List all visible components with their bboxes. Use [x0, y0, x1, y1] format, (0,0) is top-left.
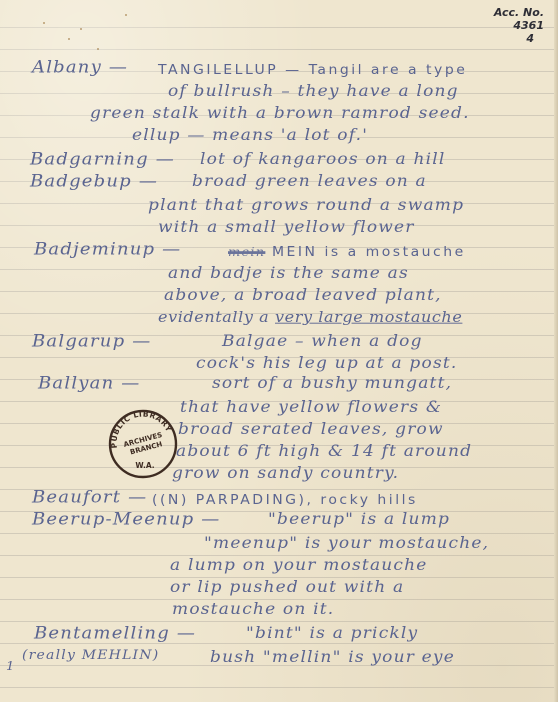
entry-line: grow on sandy country.	[172, 464, 399, 482]
entry-line: mostauche on it.	[172, 600, 334, 618]
entry-line: evidentally a very large mostauche	[158, 308, 462, 325]
accession-sub: 4	[490, 32, 544, 45]
paper-edge	[554, 0, 558, 702]
entry-line: or lip pushed out with a	[170, 578, 404, 596]
entry-term-ballyan: Ballyan —	[38, 374, 141, 393]
entry-line: and badje is the same as	[168, 264, 409, 282]
entry-term-badgebup: Badgebup —	[30, 172, 158, 191]
entry-term-balgarup: Balgarup —	[32, 332, 151, 351]
entry-line-text: evidentally a	[158, 308, 275, 325]
entry-line: plant that grows round a swamp	[148, 196, 464, 214]
entry-line: broad green leaves on a	[192, 172, 427, 190]
entry-line: lot of kangaroos on a hill	[200, 150, 446, 168]
entry-sub-term: (really MEHLIN)	[22, 648, 159, 663]
entry-line: bush "mellin" is your eye	[210, 648, 455, 666]
underlined-text: very large mostauche	[275, 308, 462, 325]
entry-line: of bullrush – they have a long	[168, 82, 459, 100]
paper-speck	[97, 48, 99, 50]
entry-line: "beerup" is a lump	[268, 510, 450, 528]
entry-line: sort of a bushy mungatt,	[212, 374, 452, 392]
entry-term-bentamelling: Bentamelling —	[34, 624, 196, 643]
paper-speck	[68, 38, 70, 40]
entry-line: green stalk with a brown ramrod seed.	[90, 104, 470, 122]
entry-line: broad serated leaves, grow	[178, 420, 444, 438]
entry-line-text: TANGILELLUP — Tangil are a type	[158, 63, 467, 78]
struck-word: mein	[228, 246, 265, 260]
entry-line-text: MEIN is a mostauche	[272, 245, 466, 260]
entry-line: about 6 ft high & 14 ft around	[176, 442, 472, 460]
accession-label: Acc. No.	[490, 6, 544, 19]
entry-line: a lump on your mostauche	[170, 556, 428, 574]
handwritten-page: Acc. No. 4361 4 Albany — TANGILELLUP — T…	[0, 0, 558, 702]
entry-line: above, a broad leaved plant,	[164, 286, 442, 304]
entry-term-badjeminup: Badjeminup —	[34, 240, 181, 259]
entry-line-text: ((N) PARPADING), rocky hills	[152, 493, 418, 508]
paper-speck	[43, 22, 45, 24]
entry-line: "meenup" is your mostauche,	[204, 534, 489, 552]
entry-term-albany: Albany —	[32, 58, 128, 77]
entry-line: that have yellow flowers &	[180, 398, 442, 416]
entry-line: mein MEIN is a mostauche	[228, 242, 466, 260]
library-stamp: PUBLIC LIBRARY OF ARCHIVES BRANCH W.A.	[107, 408, 179, 480]
entry-line: "bint" is a prickly	[246, 624, 418, 642]
stamp-bottom-text: W.A.	[135, 461, 154, 470]
margin-mark: 1	[6, 660, 15, 674]
paper-speck	[80, 28, 82, 30]
entry-line: with a small yellow flower	[158, 218, 415, 236]
entry-line: cock's his leg up at a post.	[196, 354, 458, 372]
entry-term-beerup-meenup: Beerup-Meenup —	[32, 510, 221, 529]
accession-value: 4361	[490, 19, 544, 32]
entry-term-beaufort: Beaufort —	[32, 488, 147, 507]
entry-line: ellup — means 'a lot of.'	[132, 126, 368, 144]
entry-line: TANGILELLUP — Tangil are a type	[158, 60, 467, 78]
entry-line: Balgae – when a dog	[222, 332, 423, 350]
entry-line: ((N) PARPADING), rocky hills	[152, 490, 418, 508]
accession-number: Acc. No. 4361 4	[490, 6, 544, 45]
paper-speck	[125, 14, 127, 16]
entry-term-badgarning: Badgarning —	[30, 150, 175, 169]
